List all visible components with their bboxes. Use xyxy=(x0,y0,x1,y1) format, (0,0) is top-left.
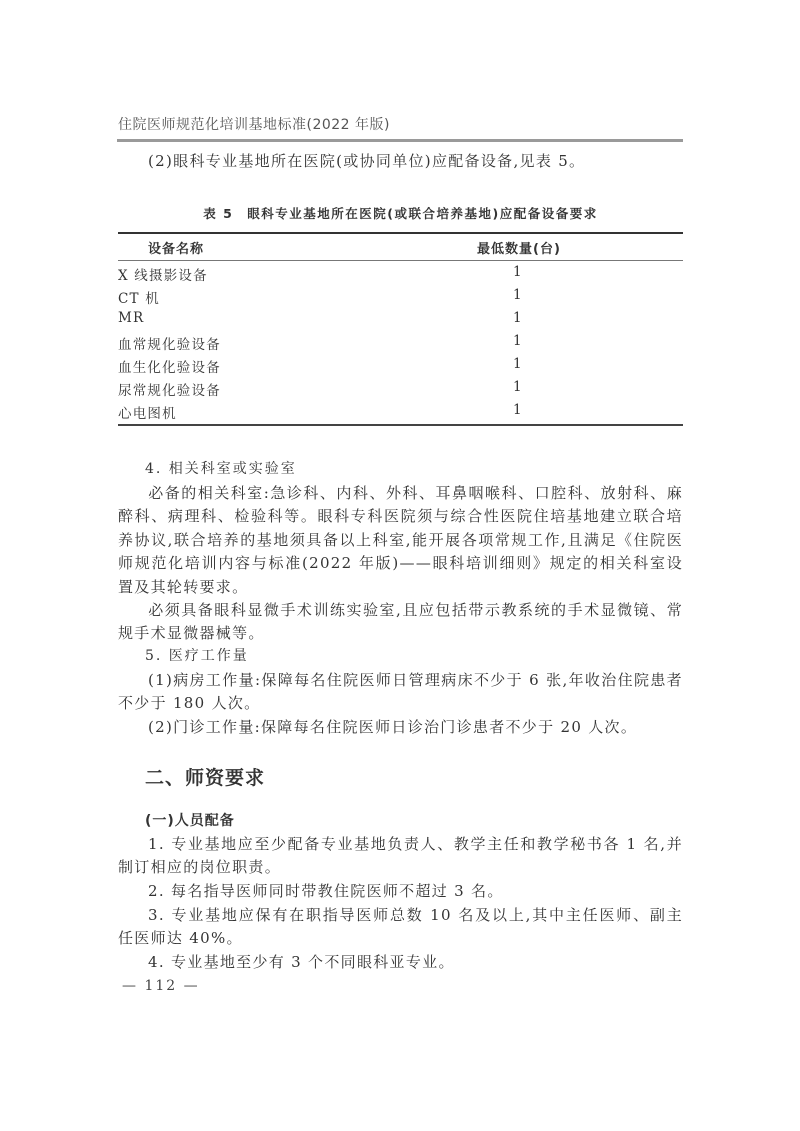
table-header-qty: 最低数量(台) xyxy=(477,238,561,257)
table-row: 血生化化验设备 1 xyxy=(118,354,683,377)
section4-paragraph-1: 必备的相关科室:急诊科、内科、外科、耳鼻咽喉科、口腔科、放射科、麻醉科、病理科、… xyxy=(118,482,683,599)
equipment-name: 心电图机 xyxy=(118,402,177,422)
staff-item-2: 2. 每名指导医师同时带教住院医师不超过 3 名。 xyxy=(118,880,683,903)
equipment-qty: 1 xyxy=(513,356,522,372)
table-row: X 线摄影设备 1 xyxy=(118,262,683,285)
table-row: 尿常规化验设备 1 xyxy=(118,377,683,400)
table-row: 血常规化验设备 1 xyxy=(118,331,683,354)
staff-item-text: 1. 专业基地应至少配备专业基地负责人、教学主任和教学秘书各 1 名,并制订相应… xyxy=(118,835,683,876)
section4-text-1: 必备的相关科室:急诊科、内科、外科、耳鼻咽喉科、口腔科、放射科、麻醉科、病理科、… xyxy=(118,484,683,596)
equipment-qty: 1 xyxy=(513,287,522,303)
section5-paragraph-1: (1)病房工作量:保障每名住院医师日管理病床不少于 6 张,年收治住院患者不少于… xyxy=(118,669,683,716)
staff-item-text: 3. 专业基地应保有在职指导医师总数 10 名及以上,其中主任医师、副主任医师达… xyxy=(118,906,683,947)
table-bottom-rule xyxy=(118,424,683,426)
staff-item-3: 3. 专业基地应保有在职指导医师总数 10 名及以上,其中主任医师、副主任医师达… xyxy=(118,904,683,951)
header-rule xyxy=(117,139,683,142)
equipment-qty: 1 xyxy=(513,402,522,418)
table-top-rule xyxy=(118,232,683,234)
section5-paragraph-2: (2)门诊工作量:保障每名住院医师日诊治门诊患者不少于 20 人次。 xyxy=(118,716,683,739)
table-caption: 表 5 眼科专业基地所在医院(或联合培养基地)应配备设备要求 xyxy=(118,204,683,222)
equipment-qty: 1 xyxy=(513,264,522,280)
equipment-name: X 线摄影设备 xyxy=(118,264,208,284)
document-page: 住院医师规范化培训基地标准(2022 年版) (2)眼科专业基地所在医院(或协同… xyxy=(0,0,800,1131)
equipment-name: CT 机 xyxy=(118,287,160,307)
intro-text: (2)眼科专业基地所在医院(或协同单位)应配备设备,见表 5。 xyxy=(148,152,585,170)
section4-text-2: 必须具备眼科显微手术训练实验室,且应包括带示教系统的手术显微镜、常规手术显微器械… xyxy=(118,601,683,642)
equipment-qty: 1 xyxy=(513,333,522,349)
staff-item-text: 4. 专业基地至少有 3 个不同眼科亚专业。 xyxy=(148,953,455,971)
table-row: MR 1 xyxy=(118,308,683,331)
equipment-name: 血生化化验设备 xyxy=(118,356,221,376)
page-number: — 112 — xyxy=(122,978,200,994)
staff-item-1: 1. 专业基地应至少配备专业基地负责人、教学主任和教学秘书各 1 名,并制订相应… xyxy=(118,833,683,880)
table-header-rule xyxy=(118,260,683,261)
equipment-name: 尿常规化验设备 xyxy=(118,379,221,399)
intro-paragraph: (2)眼科专业基地所在医院(或协同单位)应配备设备,见表 5。 xyxy=(118,150,683,173)
staff-item-text: 2. 每名指导医师同时带教住院医师不超过 3 名。 xyxy=(148,882,504,900)
running-head: 住院医师规范化培训基地标准(2022 年版) xyxy=(118,114,390,134)
table-row: 心电图机 1 xyxy=(118,400,683,423)
equipment-qty: 1 xyxy=(513,379,522,395)
equipment-name: 血常规化验设备 xyxy=(118,333,221,353)
subsection-heading: (一)人员配备 xyxy=(145,810,235,830)
section5-text-1: (1)病房工作量:保障每名住院医师日管理病床不少于 6 张,年收治住院患者不少于… xyxy=(118,671,683,712)
equipment-name: MR xyxy=(118,310,144,326)
section5-heading: 5. 医疗工作量 xyxy=(145,645,249,665)
section4-heading: 4. 相关科室或实验室 xyxy=(145,458,297,478)
staff-item-4: 4. 专业基地至少有 3 个不同眼科亚专业。 xyxy=(118,951,683,974)
section4-paragraph-2: 必须具备眼科显微手术训练实验室,且应包括带示教系统的手术显微镜、常规手术显微器械… xyxy=(118,599,683,646)
table-row: CT 机 1 xyxy=(118,285,683,308)
section5-text-2: (2)门诊工作量:保障每名住院医师日诊治门诊患者不少于 20 人次。 xyxy=(148,718,637,736)
chapter-heading: 二、师资要求 xyxy=(145,763,265,790)
table-header-name: 设备名称 xyxy=(148,238,204,257)
equipment-qty: 1 xyxy=(513,310,522,326)
